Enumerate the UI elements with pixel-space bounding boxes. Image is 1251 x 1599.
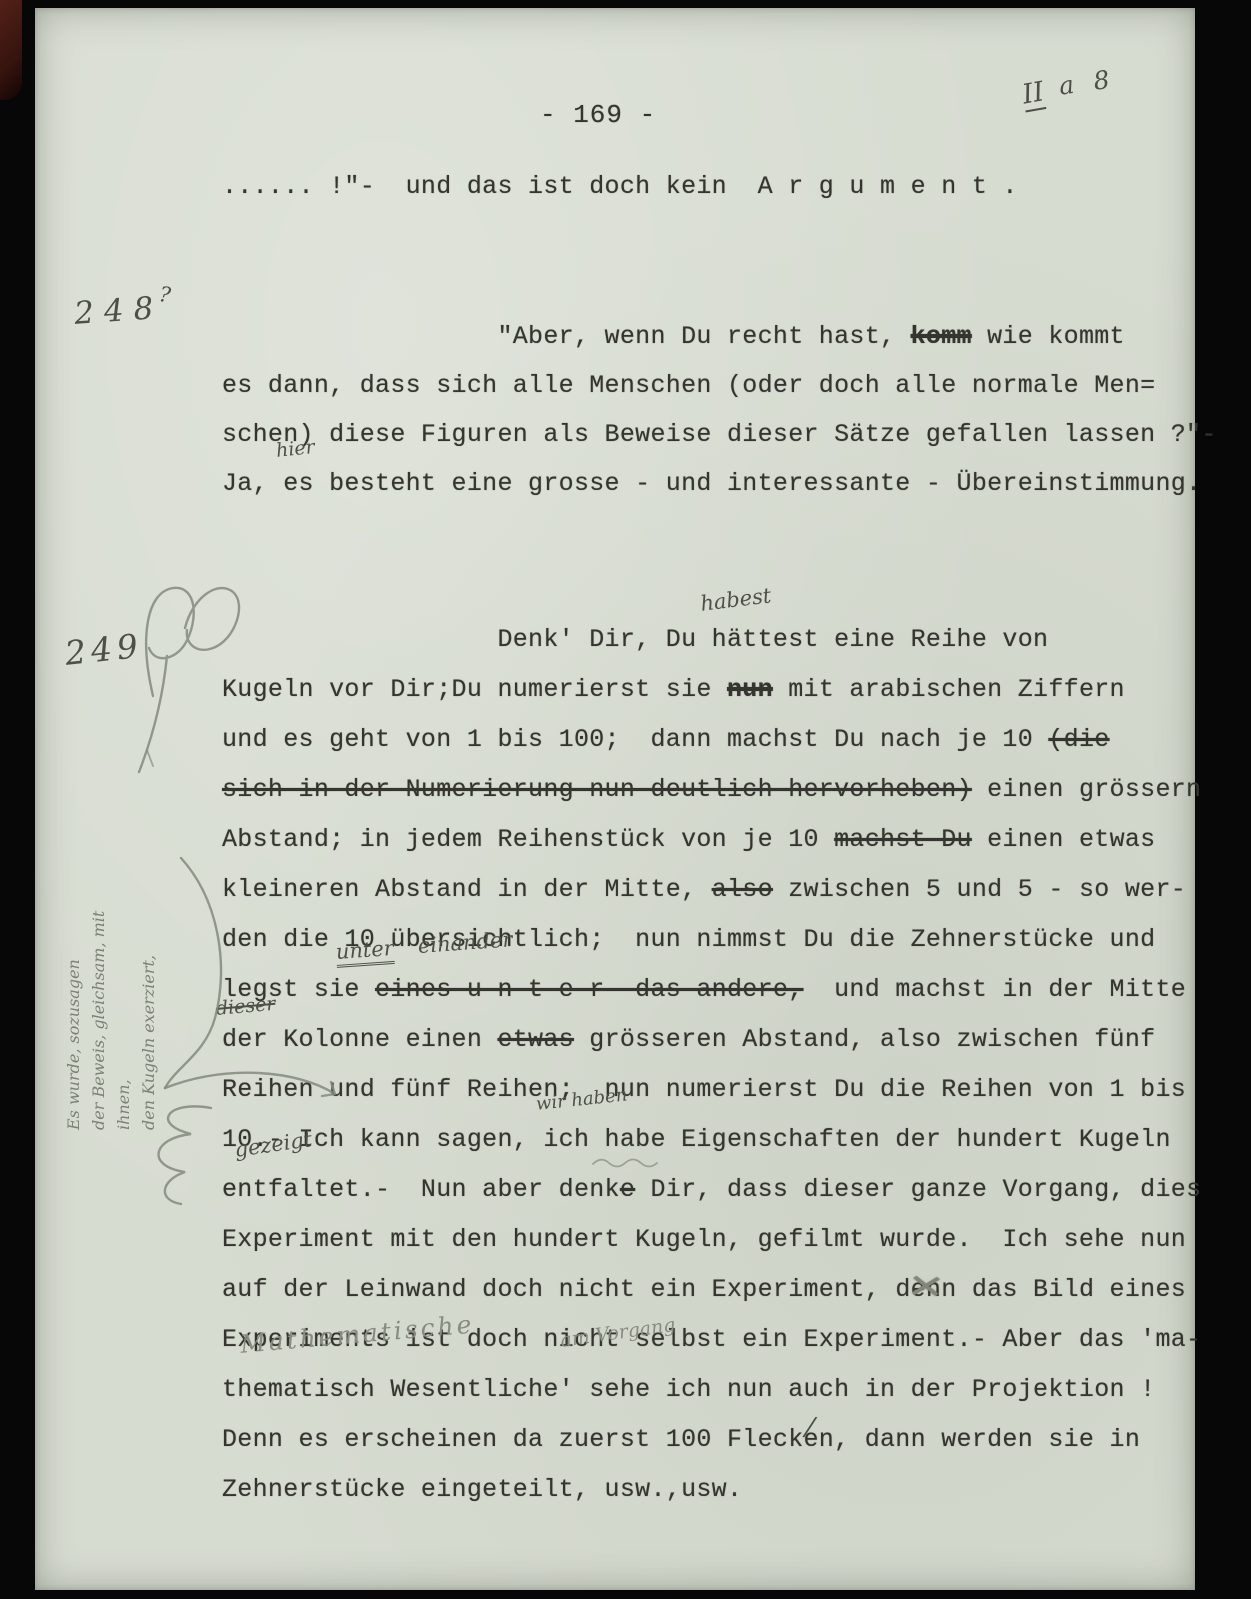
- hw-gezeigt: gezeigt: [233, 1127, 314, 1162]
- scan-background: { "scan": { "page_number": "- 169 -" }, …: [0, 0, 1251, 1599]
- hw-unter: unter: [335, 936, 395, 968]
- annotation-layer: IIa 8248?249hierhabestuntereinanderdiese…: [35, 8, 1195, 1590]
- margin-note-line: den Kugeln exerziert,: [136, 788, 161, 1130]
- hw-flecken-slash: ∕: [804, 1412, 816, 1443]
- margin-note-line: ihnen,: [111, 788, 136, 1130]
- margin-note-line: der Beweis, gleichsam, mit: [86, 788, 111, 1130]
- typescript-page: - 169 - ...... !"- und das ist doch kein…: [35, 8, 1195, 1590]
- hw-einander: einander: [417, 927, 513, 958]
- corner-mark-roman: II: [1020, 76, 1047, 112]
- remark-248-question: ?: [158, 282, 172, 307]
- margin-note: Es wurde, sozusagender Beweis, gleichsam…: [61, 788, 161, 1130]
- margin-note-line: Es wurde, sozusagen: [61, 788, 86, 1130]
- hw-wir-haben: wir haben: [535, 1084, 628, 1114]
- corner-mark-rest: a 8: [1057, 64, 1117, 101]
- hw-habest: habest: [699, 583, 773, 615]
- hw-mathematische: Mathematische: [239, 1310, 475, 1359]
- remark-number-248: 248: [73, 290, 164, 332]
- hw-dieser: dieser: [215, 993, 276, 1020]
- hw-am-vorgang: am Vorgang: [559, 1314, 677, 1352]
- remark-number-249: 249: [63, 626, 145, 673]
- hw-hier: hier: [275, 436, 316, 462]
- scan-corner-stain: [0, 0, 22, 100]
